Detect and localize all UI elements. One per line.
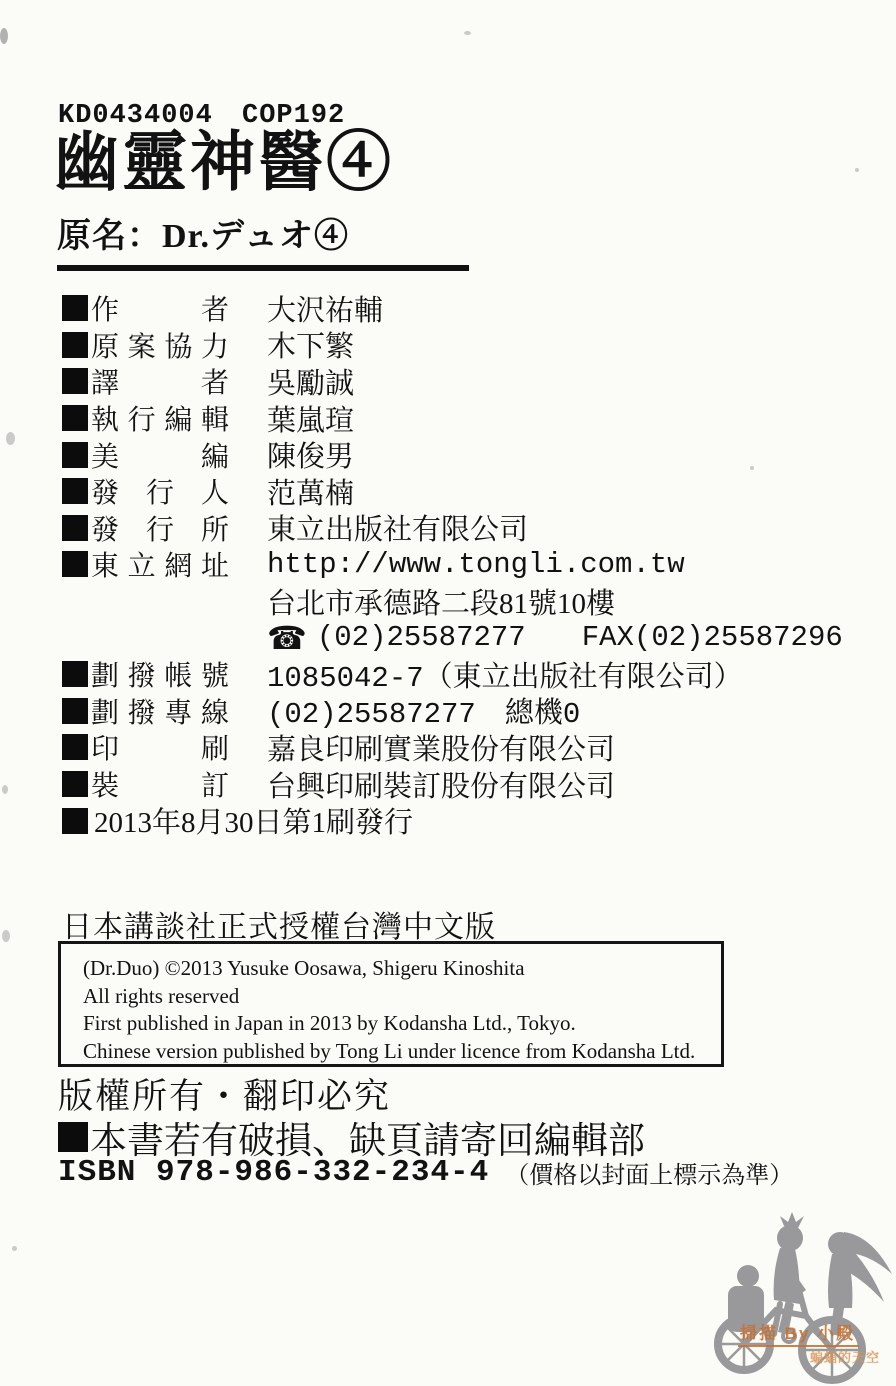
credit-label: 作者 <box>91 288 229 328</box>
bullet-square-icon <box>62 332 88 358</box>
scanner-credit-text: 掃描 By 小殿 <box>738 1319 859 1347</box>
license-line-chinese-version: Chinese version published by Tong Li und… <box>83 1038 703 1066</box>
credit-value: 葉嵐瑄 <box>267 398 354 439</box>
fax-number: FAX(02)25587296 <box>582 621 843 654</box>
credit-value: 大沢祐輔 <box>267 288 383 329</box>
credit-value: (02)25587277 總機0 <box>267 690 580 731</box>
credit-row-postal-line: 劃撥專線 (02)25587277 總機0 <box>62 693 862 730</box>
license-line-rights: All rights reserved <box>83 983 703 1011</box>
scan-speck <box>855 168 859 172</box>
scan-speck <box>0 28 8 44</box>
credit-label: 東立網址 <box>91 544 229 584</box>
credit-value: 1085042-7（東立出版社有限公司） <box>267 654 743 695</box>
credit-label: 美編 <box>91 435 229 475</box>
print-date: 2013年8月30日第1刷發行 <box>94 800 413 841</box>
credit-value: 嘉良印刷實業股份有限公司 <box>267 727 615 768</box>
phone-fax-row: ☎ (02)25587277 FAX(02)25587296 <box>62 619 862 656</box>
isbn-number: ISBN 978-986-332-234-4 <box>58 1155 489 1190</box>
scan-speck <box>6 432 15 445</box>
credit-value: 台興印刷裝訂股份有限公司 <box>267 764 615 805</box>
credit-row-concept: 原案協力 木下繁 <box>62 327 862 364</box>
bullet-square-icon <box>62 368 88 394</box>
credits-list: 作者 大沢祐輔 原案協力 木下繁 譯者 吳勵誠 執行編輯 葉嵐瑄 美編 陳俊男 … <box>62 290 862 839</box>
credit-label: 譯者 <box>91 361 229 401</box>
credit-label: 劃撥專線 <box>91 691 229 731</box>
credit-label: 裝訂 <box>91 764 229 804</box>
publisher-address-row: 台北市承德路二段81號10樓 <box>62 583 862 620</box>
scan-speck <box>12 1246 17 1251</box>
credit-row-binding: 裝訂 台興印刷裝訂股份有限公司 <box>62 766 862 803</box>
credit-label: 發行所 <box>91 508 229 548</box>
publisher-url: http://www.tongli.com.tw <box>267 548 685 581</box>
scan-speck <box>2 930 10 942</box>
credit-row-editor: 執行編輯 葉嵐瑄 <box>62 400 862 437</box>
credit-label: 印刷 <box>91 727 229 767</box>
bullet-square-icon <box>62 771 88 797</box>
credit-label: 執行編輯 <box>91 398 229 438</box>
credit-row-postal-account: 劃撥帳號 1085042-7（東立出版社有限公司） <box>62 656 862 693</box>
bullet-square-icon <box>62 442 88 468</box>
colophon-page: KD0434004 COP192 幽靈神醫④ 原名：Dr.デュオ④ 作者 大沢祐… <box>0 0 896 1386</box>
publisher-address: 台北市承德路二段81號10樓 <box>267 581 615 622</box>
credit-label: 發行人 <box>91 471 229 511</box>
credit-row-publisher-person: 發行人 范萬楠 <box>62 473 862 510</box>
license-heading: 日本講談社正式授權台灣中文版 <box>62 902 496 946</box>
license-box: (Dr.Duo) ©2013 Yusuke Oosawa, Shigeru Ki… <box>58 941 724 1067</box>
credit-value: 陳俊男 <box>267 434 354 475</box>
credit-label: 劃撥帳號 <box>91 654 229 694</box>
bullet-square-icon <box>62 405 88 431</box>
credit-row-translator: 譯者 吳勵誠 <box>62 363 862 400</box>
credit-row-printer: 印刷 嘉良印刷實業股份有限公司 <box>62 729 862 766</box>
credit-row-art-editor: 美編 陳俊男 <box>62 436 862 473</box>
scanner-watermark: 掃描 By 小殿 蝙蝠的天空 <box>694 1194 896 1386</box>
bullet-square-icon <box>62 808 88 834</box>
credit-value: 吳勵誠 <box>267 361 354 402</box>
bullet-square-icon <box>62 478 88 504</box>
credit-row-website: 東立網址 http://www.tongli.com.tw <box>62 546 862 583</box>
credit-row-author: 作者 大沢祐輔 <box>62 290 862 327</box>
credit-label: 原案協力 <box>91 325 229 365</box>
telephone-icon: ☎ <box>267 622 307 654</box>
scanner-group-text: 蝙蝠的天空 <box>810 1347 880 1366</box>
bullet-square-icon <box>62 734 88 760</box>
credit-value: 木下繁 <box>267 324 354 365</box>
isbn-price-note: （價格以封面上標示為準） <box>505 1155 793 1190</box>
print-date-row: 2013年8月30日第1刷發行 <box>62 802 862 839</box>
book-title: 幽靈神醫④ <box>54 131 394 196</box>
scan-speck <box>750 466 754 470</box>
bullet-square-icon <box>58 1122 88 1152</box>
bullet-square-icon <box>62 698 88 724</box>
isbn-row: ISBN 978-986-332-234-4 （價格以封面上標示為準） <box>58 1155 793 1190</box>
credit-row-publisher-company: 發行所 東立出版社有限公司 <box>62 510 862 547</box>
credit-value: 東立出版社有限公司 <box>267 507 528 548</box>
scan-speck <box>464 31 471 35</box>
scan-speck <box>2 785 8 794</box>
credit-value: 范萬楠 <box>267 471 354 512</box>
phone-number: (02)25587277 <box>317 621 526 654</box>
bullet-square-icon <box>62 551 88 577</box>
bullet-square-icon <box>62 661 88 687</box>
original-title: 原名：Dr.デュオ④ <box>57 218 349 255</box>
license-line-copyright: (Dr.Duo) ©2013 Yusuke Oosawa, Shigeru Ki… <box>83 955 703 983</box>
bullet-square-icon <box>62 295 88 321</box>
bullet-square-icon <box>62 515 88 541</box>
divider-rule <box>57 265 469 271</box>
license-line-first-published: First published in Japan in 2013 by Koda… <box>83 1010 703 1038</box>
